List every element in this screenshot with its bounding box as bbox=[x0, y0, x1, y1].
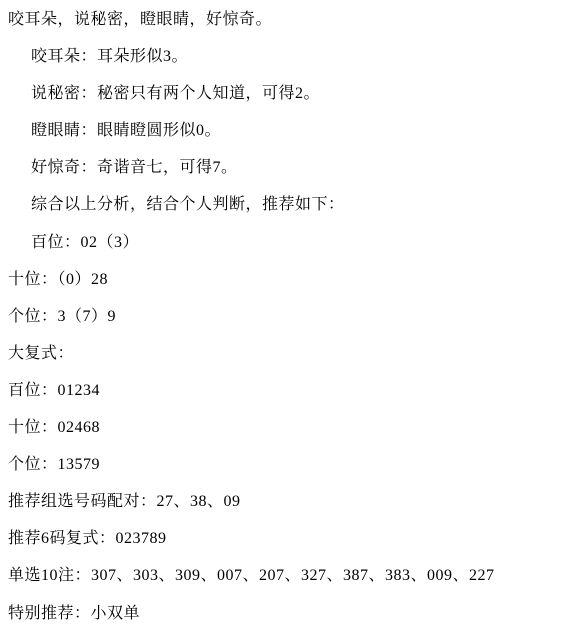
text-line: 好惊奇：奇谐音七，可得7。 bbox=[8, 149, 555, 186]
text-line: 大复式： bbox=[8, 335, 555, 372]
text-line: 咬耳朵：耳朵形似3。 bbox=[8, 38, 555, 75]
text-line: 个位：13579 bbox=[8, 446, 555, 483]
text-line: 个位：3（7）9 bbox=[8, 298, 555, 335]
text-line: 推荐组选号码配对：27、38、09 bbox=[8, 483, 555, 520]
text-line: 咬耳朵，说秘密，瞪眼睛，好惊奇。 bbox=[8, 1, 555, 38]
text-line: 综合以上分析，结合个人判断，推荐如下： bbox=[8, 186, 555, 223]
text-line: 十位：02468 bbox=[8, 409, 555, 446]
text-line: 百位：02（3） bbox=[8, 224, 555, 261]
text-line: 单选10注：307、303、309、007、207、327、387、383、00… bbox=[8, 557, 555, 594]
text-line: 特别推荐：小双单 bbox=[8, 595, 555, 632]
text-line: 推荐6码复式：023789 bbox=[8, 520, 555, 557]
text-line: 百位：01234 bbox=[8, 372, 555, 409]
article-body: 咬耳朵，说秘密，瞪眼睛，好惊奇。咬耳朵：耳朵形似3。说秘密：秘密只有两个人知道，… bbox=[0, 0, 561, 633]
text-line: 瞪眼睛：眼睛瞪圆形似0。 bbox=[8, 112, 555, 149]
text-line: 说秘密：秘密只有两个人知道，可得2。 bbox=[8, 75, 555, 112]
text-line: 十位：（0）28 bbox=[8, 261, 555, 298]
